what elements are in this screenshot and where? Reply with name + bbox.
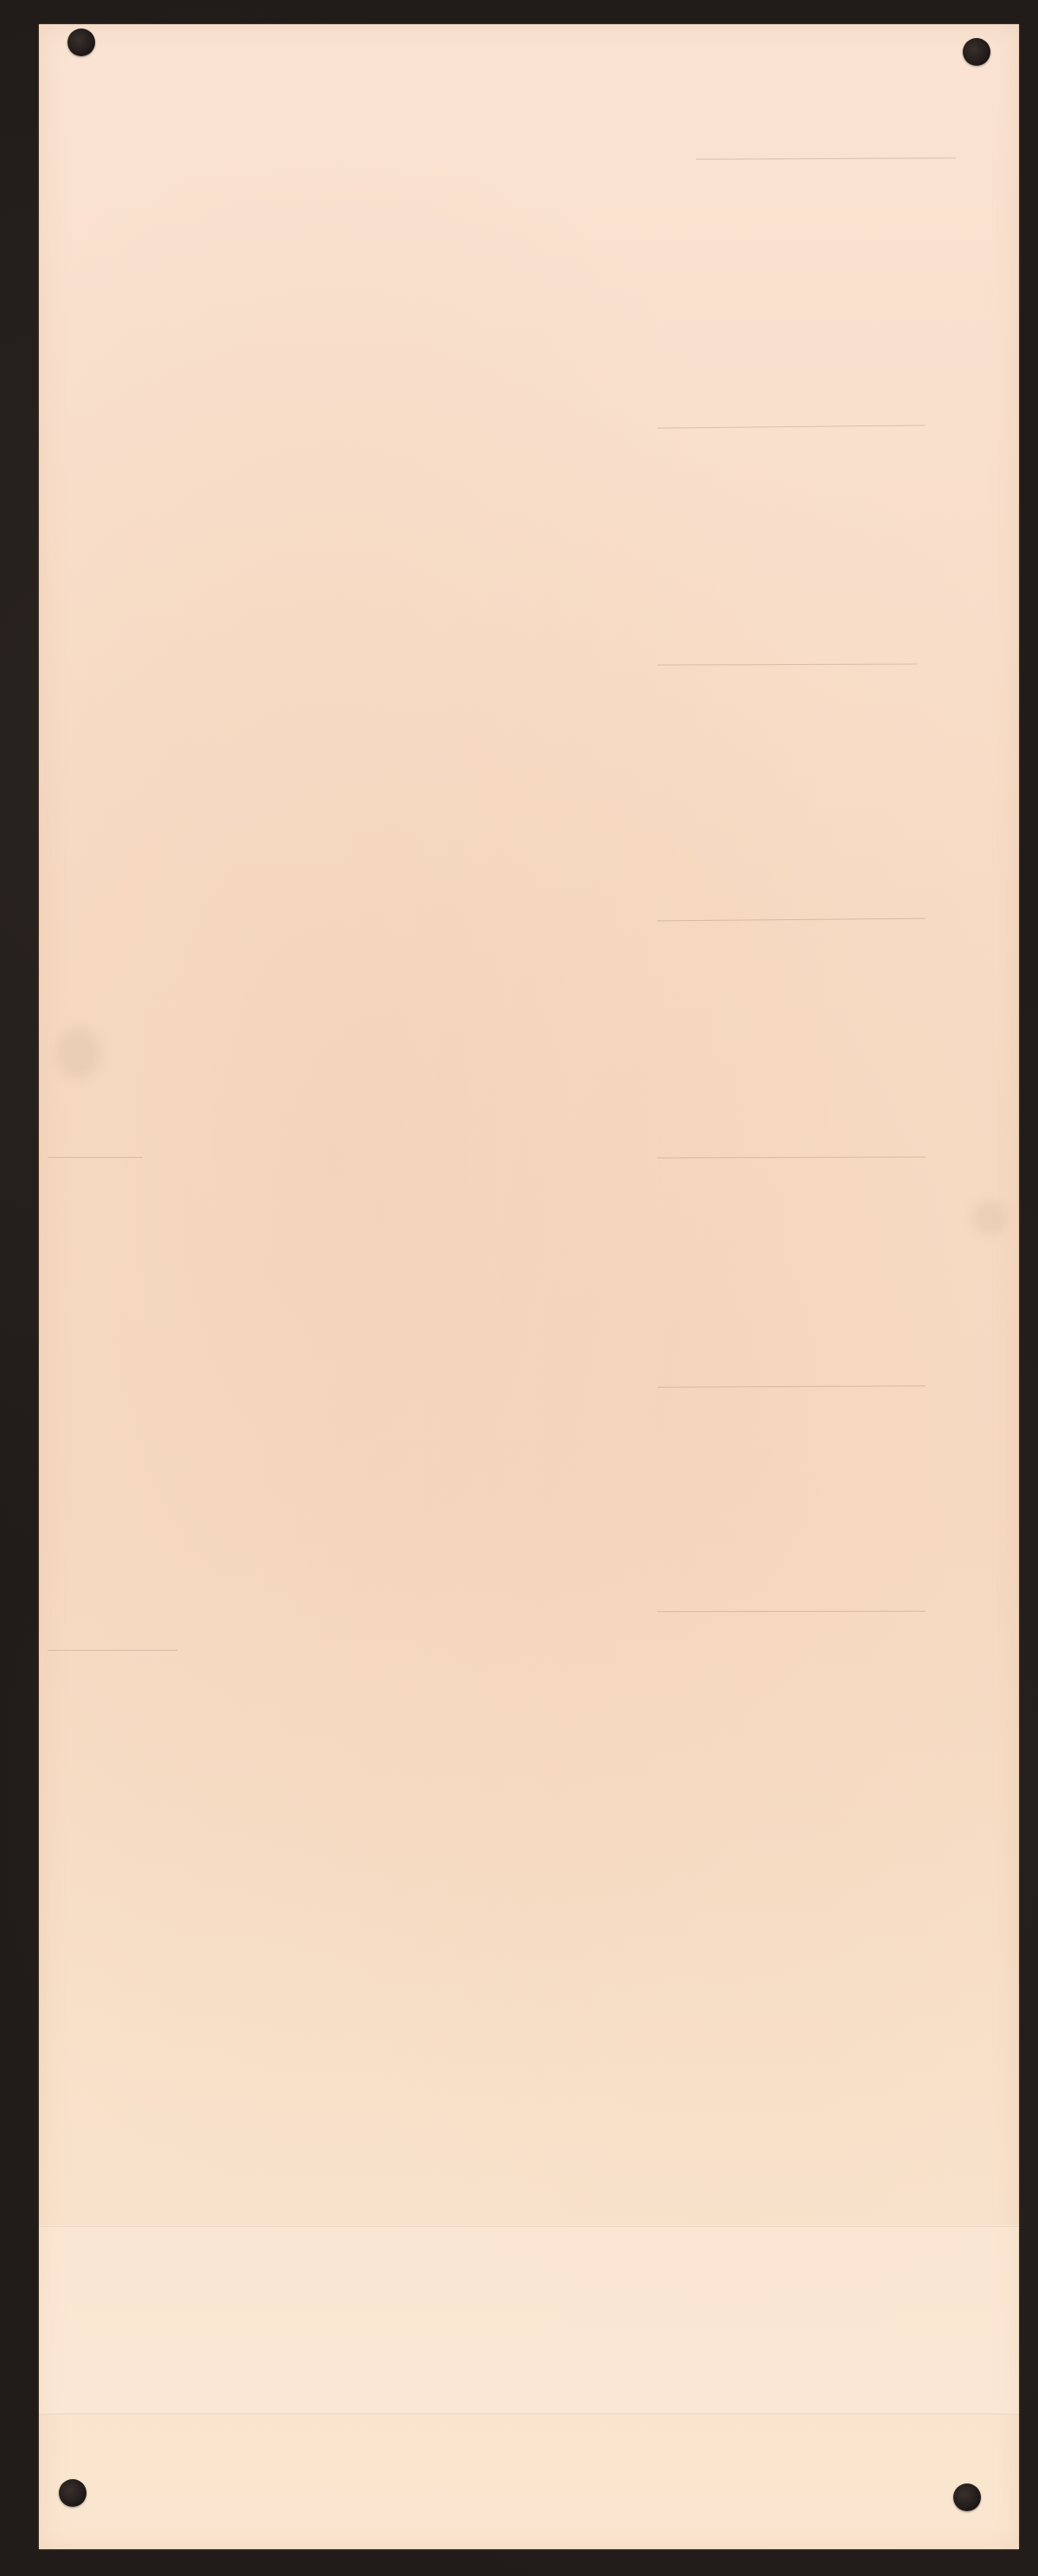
mount-dot-bottom-right: [953, 2483, 981, 2511]
pencil-mark: [657, 1156, 926, 1158]
pencil-mark: [657, 663, 917, 665]
pencil-mark: [657, 425, 926, 428]
pencil-mark: [48, 1650, 177, 1651]
pencil-mark: [657, 918, 926, 922]
pencil-mark: [48, 1157, 143, 1158]
smudge: [56, 1027, 99, 1079]
fold-line: [39, 2413, 1019, 2414]
fold-band: [39, 2227, 1019, 2413]
pencil-mark: [696, 157, 956, 160]
pencil-mark: [657, 1385, 926, 1388]
pencil-mark: [657, 1611, 926, 1613]
mount-dot-top-right: [963, 38, 990, 66]
poster-sheet: [39, 24, 1019, 2549]
smudge: [973, 1200, 1008, 1235]
mount-dot-bottom-left: [59, 2479, 86, 2507]
mount-dot-top-left: [67, 29, 95, 56]
